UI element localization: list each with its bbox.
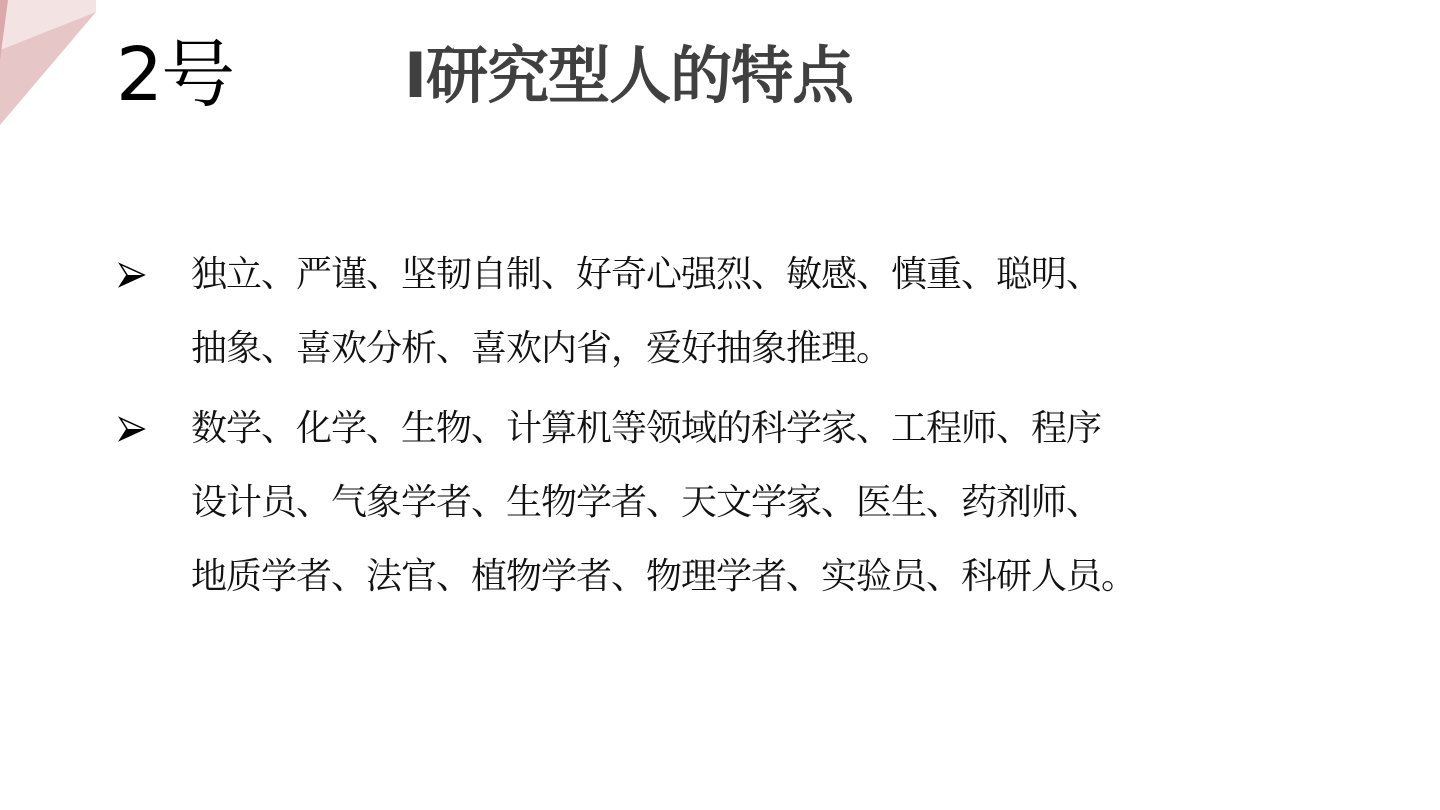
slide-number: 2号 [116, 30, 233, 120]
bullet-text-line: 抽象、喜欢分析、喜欢内省，爱好抽象推理。 [191, 312, 1268, 386]
arrowhead-bullet-icon [118, 416, 146, 442]
bullet-item-occupations: 数学、化学、生物、计算机等领域的科学家、工程师、程序 设计员、气象学者、生物学者… [118, 392, 1268, 614]
bullet-text-line: 数学、化学、生物、计算机等领域的科学家、工程师、程序 [191, 392, 1268, 466]
arrowhead-bullet-icon [118, 262, 146, 288]
slide-title: I研究型人的特点 [404, 38, 853, 114]
bullet-text-line: 地质学者、法官、植物学者、物理学者、实验员、科研人员。 [191, 540, 1268, 614]
bullet-text-line: 设计员、气象学者、生物学者、天文学家、医生、药剂师、 [191, 466, 1268, 540]
corner-decoration [0, 0, 100, 130]
bullet-item-traits: 独立、严谨、坚韧自制、好奇心强烈、敏感、慎重、聪明、 抽象、喜欢分析、喜欢内省，… [118, 238, 1268, 386]
bullet-text-line: 独立、严谨、坚韧自制、好奇心强烈、敏感、慎重、聪明、 [191, 238, 1268, 312]
bullet-list: 独立、严谨、坚韧自制、好奇心强烈、敏感、慎重、聪明、 抽象、喜欢分析、喜欢内省，… [118, 238, 1268, 620]
